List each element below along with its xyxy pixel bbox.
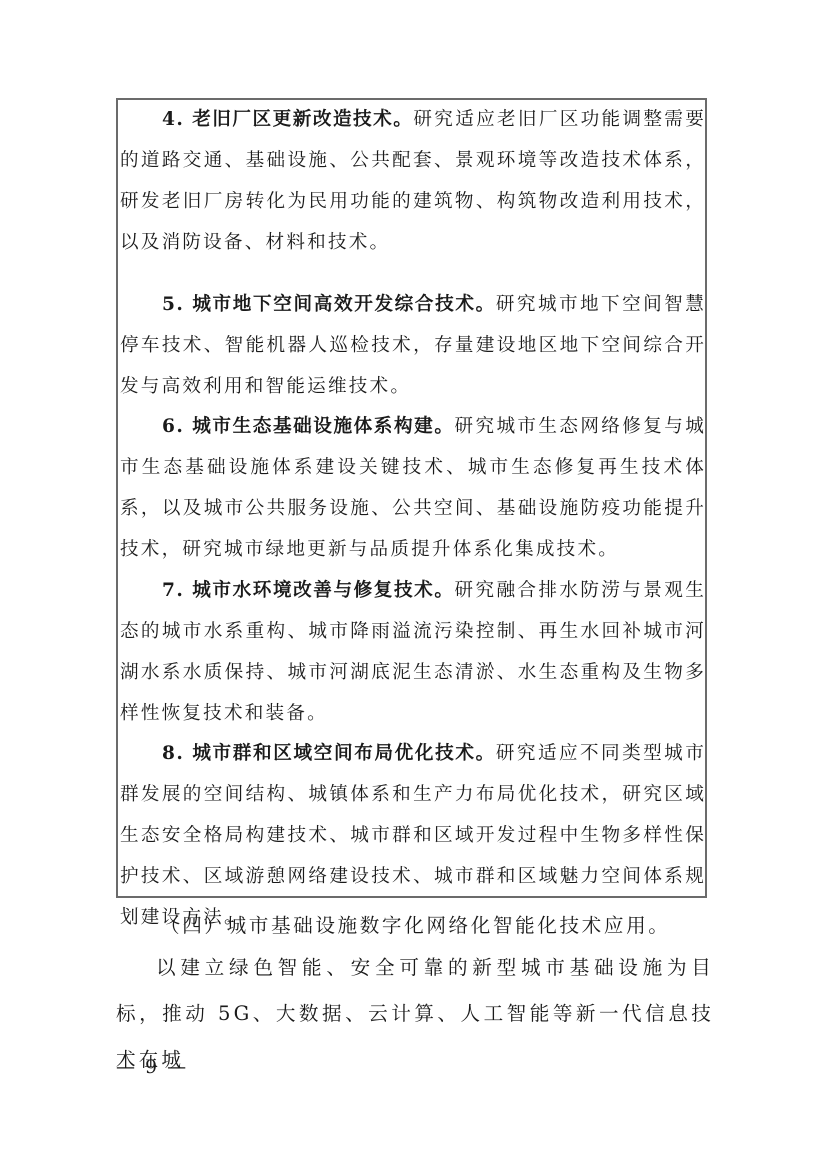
section-body: 以建立绿色智能、安全可靠的新型城市基础设施为目标，推动 5G、大数据、云计算、人… <box>116 945 714 1083</box>
item-7-text: 研究融合排水防涝与景观生态的城市水系重构、城市降雨溢流污染控制、再生水回补城市河… <box>120 580 706 724</box>
section-heading: （四）城市基础设施数字化网络化智能化技术应用。 <box>116 906 716 946</box>
page-number: — 9 — <box>116 1056 188 1078</box>
item-7-paragraph: 7. 城市水环境改善与修复技术。研究融合排水防涝与景观生态的城市水系重构、城市降… <box>120 570 706 734</box>
item-8-title: 8. 城市群和区域空间布局优化技术。 <box>162 743 496 764</box>
item-4-text: 研究适应老旧厂区功能调整需要的道路交通、基础设施、公共配套、景观环境等改造技术体… <box>120 109 706 253</box>
item-7-title: 7. 城市水环境改善与修复技术。 <box>162 580 455 601</box>
item-5-title: 5. 城市地下空间高效开发综合技术。 <box>162 294 496 315</box>
item-5-paragraph: 5. 城市地下空间高效开发综合技术。研究城市地下空间智慧停车技术、智能机器人巡检… <box>120 284 706 407</box>
item-4-title: 4. 老旧厂区更新改造技术。 <box>162 109 413 130</box>
item-8-text: 研究适应不同类型城市群发展的空间结构、城镇体系和生产力布局优化技术，研究区域生态… <box>120 743 706 928</box>
item-4-paragraph: 4. 老旧厂区更新改造技术。研究适应老旧厂区功能调整需要的道路交通、基础设施、公… <box>120 99 706 263</box>
item-6-paragraph: 6. 城市生态基础设施体系构建。研究城市生态网络修复与城市生态基础设施体系建设关… <box>120 406 706 570</box>
item-6-text: 研究城市生态网络修复与城市生态基础设施体系建设关键技术、城市生态修复再生技术体系… <box>120 416 706 560</box>
item-6-title: 6. 城市生态基础设施体系构建。 <box>162 416 455 437</box>
